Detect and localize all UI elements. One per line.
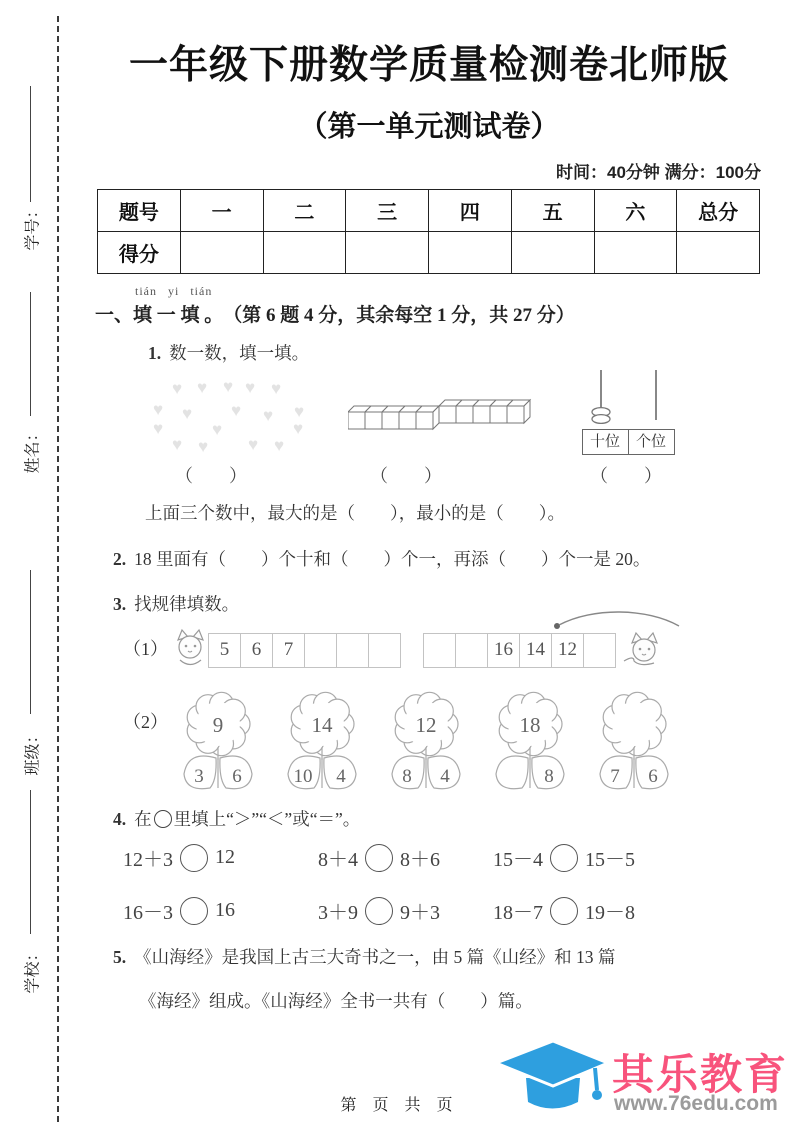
flower-head-value: 18 bbox=[520, 713, 541, 737]
question-1-answer-brackets: （ ） （ ） （ ） bbox=[95, 462, 763, 486]
question-2-prompt: 18 里面有（ ）个十和（ ）个一，再添（ ）个一是 20。 bbox=[134, 549, 650, 569]
score-table-header-cell: 题号 bbox=[98, 190, 181, 232]
flower-leaf-left-value: 3 bbox=[194, 766, 204, 787]
number-strip-right: 16 14 12 bbox=[423, 633, 616, 668]
answer-bracket: （ ） bbox=[370, 462, 440, 488]
flower-leaf-right-value: 8 bbox=[544, 766, 554, 787]
question-5-text: 5.《山海经》是我国上古三大奇书之一，由 5 篇《山经》和 13 篇 bbox=[113, 944, 615, 969]
heart-icon bbox=[198, 438, 208, 455]
score-table-header-cell: 一 bbox=[180, 190, 263, 232]
paper-title: 一年级下册数学质量检测卷北师版 bbox=[95, 34, 763, 90]
ones-label: 个位 bbox=[629, 429, 675, 455]
place-value-abacus-figure: 十位 个位 bbox=[563, 368, 693, 455]
test-paper-page: 学号： 姓名： 班级： 学校： 一年级下册数学质量检测卷北师版 （第一单元测试卷… bbox=[0, 0, 793, 1122]
expression-right: 9＋3 bbox=[400, 896, 440, 925]
number-strip-left: 5 6 7 bbox=[208, 633, 401, 668]
flower-head-value: 12 bbox=[416, 713, 437, 737]
answer-circle bbox=[550, 844, 578, 872]
expression-left: 8＋4 bbox=[318, 843, 358, 872]
answer-circle bbox=[550, 897, 578, 925]
cat-icon bbox=[170, 626, 208, 670]
question-2-number: 2. bbox=[113, 549, 126, 569]
question-5-line1: 《山海经》是我国上古三大奇书之一，由 5 篇《山经》和 13 篇 bbox=[134, 947, 615, 967]
question-5-number: 5. bbox=[113, 947, 126, 967]
strip-cell bbox=[369, 633, 401, 668]
section-title: 填 一 填 。 bbox=[133, 305, 223, 326]
name-write-line bbox=[30, 292, 31, 416]
expression-right: 16 bbox=[215, 899, 235, 922]
score-table-header-cell: 四 bbox=[429, 190, 512, 232]
score-table-header-row: 题号 一 二 三 四 五 六 总分 bbox=[98, 190, 760, 232]
score-table: 题号 一 二 三 四 五 六 总分 得分 bbox=[97, 189, 760, 274]
part2-label: （2） bbox=[123, 708, 168, 734]
abacus-rods bbox=[568, 368, 688, 426]
flower-leaf-right-value: 6 bbox=[232, 766, 242, 787]
score-blank-cell bbox=[511, 232, 594, 274]
heart-icon bbox=[153, 401, 163, 418]
flower-leaf-left-value: 7 bbox=[610, 766, 620, 787]
question-2-text: 2.18 里面有（ ）个十和（ ）个一，再添（ ）个一是 20。 bbox=[113, 546, 650, 571]
score-table-header-cell: 总分 bbox=[677, 190, 760, 232]
flower-leaf-left-value: 8 bbox=[402, 766, 412, 787]
heart-icon bbox=[212, 421, 222, 438]
question-1-prompt: 数一数，填一填。 bbox=[169, 343, 309, 363]
question-5-line2: 《海经》组成。《山海经》全书一共有（ ）篇。 bbox=[139, 988, 533, 1013]
cat-tail-curve bbox=[551, 611, 683, 633]
question-3-text: 3.找规律填数。 bbox=[113, 591, 239, 616]
comparison-item: 12＋312 bbox=[123, 843, 318, 872]
strip-cell bbox=[584, 633, 616, 668]
question-4-comparisons: 12＋312 8＋48＋6 15－415－5 16－316 3＋99＋3 18－… bbox=[123, 843, 743, 949]
score-blank-cell bbox=[594, 232, 677, 274]
tens-label: 十位 bbox=[582, 429, 629, 455]
score-table-header-cell: 二 bbox=[263, 190, 346, 232]
cat-icon bbox=[620, 627, 664, 669]
student-id-label: 学号： bbox=[20, 182, 43, 272]
expression-left: 12＋3 bbox=[123, 843, 173, 872]
publisher-logo: 其乐教育 www.76edu.com bbox=[492, 1030, 792, 1122]
answer-circle bbox=[365, 897, 393, 925]
score-blank-cell bbox=[180, 232, 263, 274]
comparison-row: 16－316 3＋99＋3 18－719－8 bbox=[123, 896, 743, 925]
cut-dashed-line bbox=[57, 16, 59, 1122]
expression-right: 19－8 bbox=[585, 896, 635, 925]
comparison-item: 8＋48＋6 bbox=[318, 843, 493, 872]
strip-cell: 7 bbox=[273, 633, 305, 668]
strip-cell: 14 bbox=[520, 633, 552, 668]
part1-label: （1） bbox=[123, 635, 168, 661]
question-3-number: 3. bbox=[113, 594, 126, 614]
comparison-item: 15－415－5 bbox=[493, 843, 635, 872]
strip-cell bbox=[337, 633, 369, 668]
question-3-part1: （1） 5 6 7 16 bbox=[123, 626, 664, 670]
paper-main-column: 一年级下册数学质量检测卷北师版 （第一单元测试卷） 时间：40分钟 满分：100… bbox=[95, 0, 763, 1122]
strip-cell bbox=[456, 633, 488, 668]
heart-icon bbox=[294, 403, 304, 420]
expression-right: 8＋6 bbox=[400, 843, 440, 872]
comparison-item: 3＋99＋3 bbox=[318, 896, 493, 925]
flower-head-value: 14 bbox=[312, 713, 334, 737]
score-blank-cell bbox=[263, 232, 346, 274]
question-3-part2: （2） 9 3 6 bbox=[123, 690, 692, 794]
answer-bracket: （ ） bbox=[175, 462, 245, 488]
heart-icon bbox=[223, 378, 233, 395]
graduation-cap-icon bbox=[492, 1030, 610, 1120]
flower-leaf-right-value: 6 bbox=[648, 766, 658, 787]
score-blank-cell bbox=[429, 232, 512, 274]
expression-left: 15－4 bbox=[493, 843, 543, 872]
question-4-prompt-after: 里填上“＞”“＜”或“＝”。 bbox=[174, 809, 361, 829]
heart-icon bbox=[197, 379, 207, 396]
expression-left: 16－3 bbox=[123, 896, 173, 925]
section-one-heading: 一、tián yi tián填 一 填 。（第 6 题 4 分，其余每空 1 分… bbox=[95, 300, 575, 327]
place-value-labels: 十位 个位 bbox=[563, 429, 693, 455]
flower-leaf-left-value: 10 bbox=[294, 766, 313, 787]
question-1-summary: 上面三个数中，最大的是（ ），最小的是（ ）。 bbox=[145, 500, 565, 525]
question-4-number: 4. bbox=[113, 809, 126, 829]
school-write-line bbox=[30, 790, 31, 934]
expression-left: 18－7 bbox=[493, 896, 543, 925]
strip-cell: 16 bbox=[488, 633, 520, 668]
question-4-prompt-before: 在 bbox=[134, 809, 152, 829]
question-4-text: 4.在里填上“＞”“＜”或“＝”。 bbox=[113, 806, 360, 831]
answer-circle bbox=[180, 897, 208, 925]
expression-left: 3＋9 bbox=[318, 896, 358, 925]
heart-icon bbox=[271, 380, 281, 397]
score-blank-cell bbox=[677, 232, 760, 274]
score-blank-cell bbox=[346, 232, 429, 274]
score-table-header-cell: 五 bbox=[511, 190, 594, 232]
score-row-label: 得分 bbox=[98, 232, 181, 274]
logo-website: www.76edu.com bbox=[614, 1092, 778, 1116]
answer-circle bbox=[365, 844, 393, 872]
name-label: 姓名： bbox=[20, 405, 43, 495]
heart-icon bbox=[245, 379, 255, 396]
flower-figure: 7 6 bbox=[588, 690, 680, 794]
base-ten-blocks-figure bbox=[348, 392, 533, 447]
heart-icon bbox=[182, 405, 192, 422]
strip-cell: 5 bbox=[208, 633, 241, 668]
score-table-header-cell: 三 bbox=[346, 190, 429, 232]
flower-leaf-right-value: 4 bbox=[336, 766, 346, 787]
flower-leaf-right-value: 4 bbox=[440, 766, 450, 787]
comparison-item: 18－719－8 bbox=[493, 896, 635, 925]
flower-head-value: 9 bbox=[213, 713, 224, 737]
strip-cell bbox=[423, 633, 456, 668]
score-table-score-row: 得分 bbox=[98, 232, 760, 274]
expression-right: 12 bbox=[215, 846, 235, 869]
strip-cell: 12 bbox=[552, 633, 584, 668]
school-label: 学校： bbox=[20, 925, 43, 1015]
heart-icon bbox=[153, 420, 163, 437]
question-3-prompt: 找规律填数。 bbox=[134, 594, 239, 614]
blank-circle-icon bbox=[154, 810, 172, 828]
exam-time-score-info: 时间：40分钟 满分：100分 bbox=[556, 158, 761, 183]
heart-icon bbox=[172, 436, 182, 453]
answer-bracket: （ ） bbox=[590, 462, 660, 488]
pinyin-annotation: tián yi tián bbox=[135, 284, 212, 299]
flower-figure: 9 3 6 bbox=[172, 690, 264, 794]
class-write-line bbox=[30, 570, 31, 714]
heart-icon bbox=[274, 437, 284, 454]
question-1-number: 1. bbox=[148, 343, 161, 363]
score-table-header-cell: 六 bbox=[594, 190, 677, 232]
strip-cell: 6 bbox=[241, 633, 273, 668]
section-score-note: （第 6 题 4 分，其余每空 1 分，共 27 分） bbox=[223, 305, 575, 326]
expression-right: 15－5 bbox=[585, 843, 635, 872]
question-1-figures: 十位 个位 bbox=[95, 372, 763, 464]
flower-figure: 18 8 bbox=[484, 690, 576, 794]
heart-icon bbox=[293, 420, 303, 437]
comparison-row: 12＋312 8＋48＋6 15－415－5 bbox=[123, 843, 743, 872]
answer-circle bbox=[180, 844, 208, 872]
paper-subtitle: （第一单元测试卷） bbox=[95, 104, 763, 145]
flower-figure: 14 10 4 bbox=[276, 690, 368, 794]
heart-icon bbox=[231, 402, 241, 419]
abacus-bead bbox=[592, 415, 610, 424]
hearts-figure bbox=[135, 378, 335, 458]
question-1-text: 1.数一数，填一填。 bbox=[148, 340, 309, 365]
class-label: 班级： bbox=[20, 707, 43, 797]
heart-icon bbox=[248, 436, 258, 453]
heart-icon bbox=[172, 380, 182, 397]
heart-icon bbox=[263, 407, 273, 424]
section-number: 一、 bbox=[95, 305, 133, 326]
comparison-item: 16－316 bbox=[123, 896, 318, 925]
flower-figure: 12 8 4 bbox=[380, 690, 472, 794]
strip-cell bbox=[305, 633, 337, 668]
